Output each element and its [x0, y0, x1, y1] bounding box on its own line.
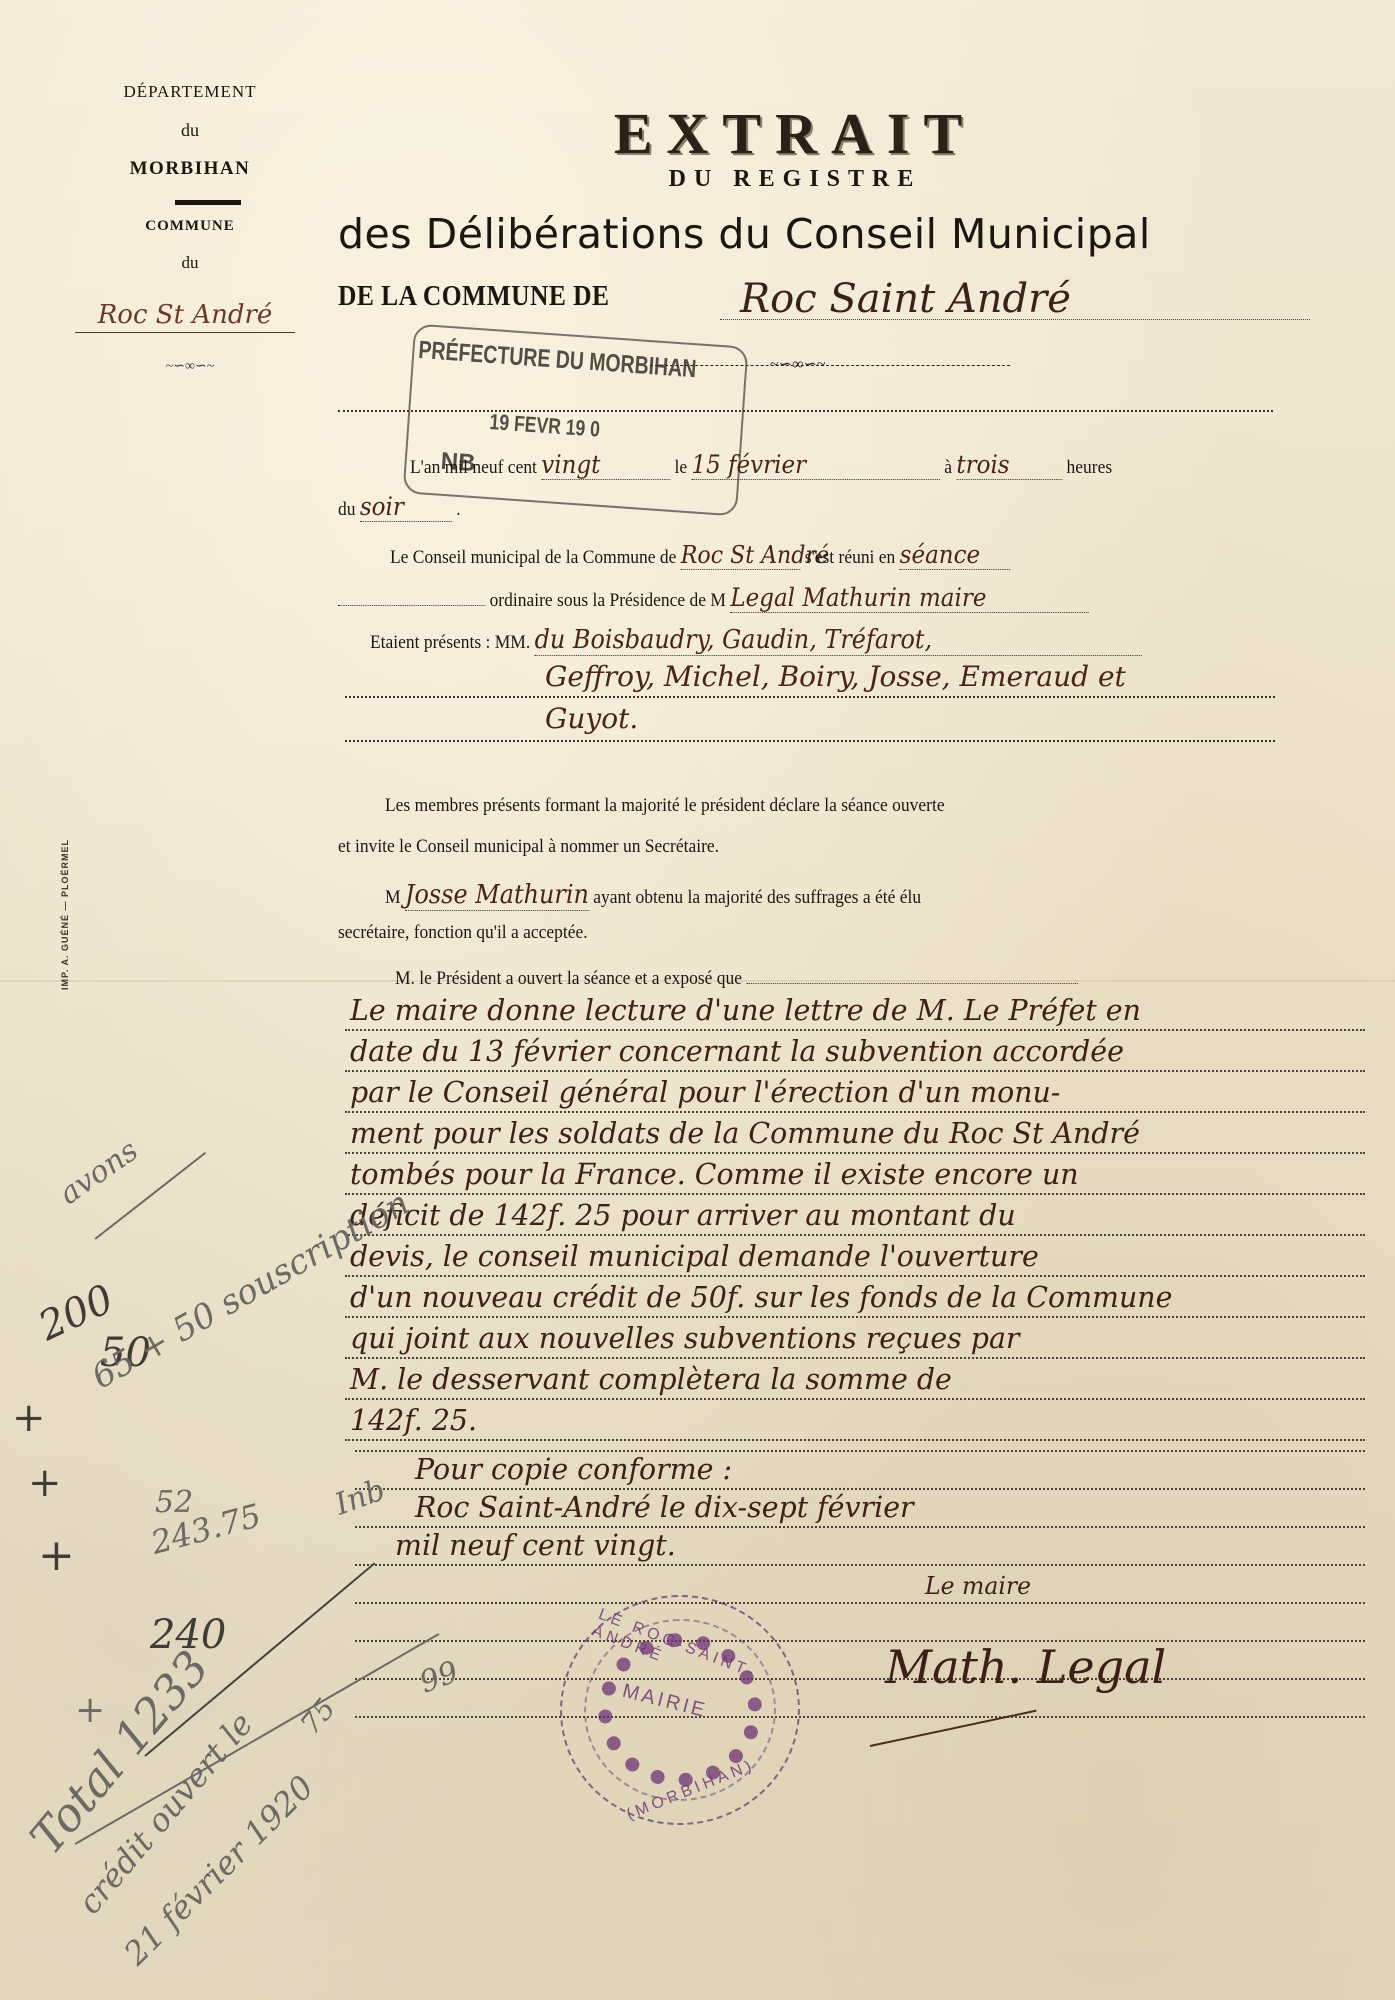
presents-names-3: Guyot. — [545, 702, 638, 735]
deliberation-line: par le Conseil général pour l'érection d… — [345, 1072, 1365, 1113]
commune-line-value: Roc Saint André — [720, 276, 1071, 322]
closing-line — [355, 1604, 1365, 1642]
printer-imprint: IMP. A. GUÉNÉ — PLOËRMEL — [60, 990, 211, 1000]
closing-line: mil neuf cent vingt. — [355, 1528, 1365, 1566]
deliberation-line: ment pour les soldats de la Commune du R… — [345, 1113, 1365, 1154]
year-prefix: L'an mil neuf cent — [410, 457, 537, 478]
secretary-name: Josse Mathurin — [405, 880, 589, 910]
deliberation-line: d'un nouveau crédit de 50f. sur les fond… — [345, 1277, 1365, 1318]
closing-text: Pour copie conforme : Roc Saint-André le… — [355, 1408, 1365, 1718]
presents-names-1: du Boisbaudry, Gaudin, Tréfarot, — [535, 625, 933, 655]
mayor-signature: Math. Legal — [885, 1640, 1166, 1694]
deliberation-line: déficit de 142f. 25 pour arriver au mont… — [345, 1195, 1365, 1236]
period-line: du soir . — [338, 492, 461, 522]
divider — [175, 200, 241, 205]
department-name: MORBIHAN — [90, 158, 290, 180]
secretary-line: M Josse Mathurin ayant obtenu la majorit… — [385, 880, 921, 911]
closing-line — [355, 1408, 1365, 1452]
year-value: vingt — [541, 450, 600, 479]
closing-line: Le maire — [355, 1566, 1365, 1604]
presents-names-2: Geffroy, Michel, Boiry, Josse, Emeraud e… — [545, 660, 1126, 693]
deliberation-line: date du 13 février concernant la subvent… — [345, 1031, 1365, 1072]
commune-du: du — [90, 253, 290, 273]
hour-value: trois — [956, 450, 1009, 479]
presents-label: Etaient présents : MM. — [370, 632, 530, 653]
period-value: soir — [360, 492, 404, 521]
council-line: Le Conseil municipal de la Commune de Ro… — [390, 540, 1010, 570]
printer-text: IMP. A. GUÉNÉ — PLOËRMEL — [60, 839, 70, 990]
opening-line-4: secrétaire, fonction qu'il a acceptée. — [338, 922, 588, 944]
closing-line: Roc Saint-André le dix-sept février — [355, 1490, 1365, 1528]
a-label: à — [944, 457, 952, 478]
flourish-ornament: ~∽∞∽~ — [140, 358, 240, 375]
ornament: ~∽∞∽~ — [770, 354, 826, 374]
date-value: 15 février — [691, 450, 806, 479]
pencil-plus: + — [12, 1395, 46, 1441]
opening-line-1: Les membres présents formant la majorité… — [385, 795, 945, 817]
opening-line-2: et invite le Conseil municipal à nommer … — [338, 836, 719, 858]
pencil-plus: + — [38, 1530, 75, 1581]
prefecture-stamp-date: 19 FEVR 19 0 — [489, 409, 601, 443]
deliberation-line: qui joint aux nouvelles subventions reçu… — [345, 1318, 1365, 1359]
department-label: DÉPARTEMENT — [90, 82, 290, 102]
secretary-text: ayant obtenu la majorité des suffrages a… — [593, 887, 921, 908]
document-subtitle: DU REGISTRE — [480, 166, 1110, 193]
commune-line-field: Roc Saint André — [720, 276, 1310, 320]
du-label: du — [338, 499, 355, 520]
rule — [345, 740, 1275, 742]
council-text: Le Conseil municipal de la Commune de — [390, 547, 676, 568]
closing-line — [355, 1642, 1365, 1680]
le-label: le — [674, 457, 687, 478]
closing-line — [355, 1680, 1365, 1718]
prefecture-stamp: PRÉFECTURE DU MORBIHAN 19 FEVR 19 0 NB — [402, 324, 748, 517]
expose-line: M. le Président a ouvert la séance et a … — [395, 968, 1078, 990]
m-label: M — [385, 887, 401, 908]
deliberation-line: M. le desservant complètera la somme de — [345, 1359, 1365, 1400]
president-name: Legal Mathurin maire — [730, 583, 986, 612]
presidence-line: ordinaire sous la Présidence de M Legal … — [338, 583, 1089, 613]
prefecture-stamp-title: PRÉFECTURE DU MORBIHAN — [417, 336, 697, 384]
document-title: EXTRAIT — [480, 100, 1110, 167]
commune-line-label: DE LA COMMUNE DE — [338, 280, 609, 313]
deliberation-text: Le maire donne lecture d'une lettre de M… — [345, 990, 1365, 1441]
ordinaire-text: ordinaire sous la Présidence de M — [490, 590, 726, 611]
closing-line: Pour copie conforme : — [355, 1452, 1365, 1490]
document-heading: des Délibérations du Conseil Municipal — [338, 210, 1328, 258]
session-type: séance — [900, 540, 980, 569]
deliberation-line: tombés pour la France. Comme il existe e… — [345, 1154, 1365, 1195]
deliberation-line: devis, le conseil municipal demande l'ou… — [345, 1236, 1365, 1277]
expose-text: M. le Président a ouvert la séance et a … — [395, 968, 742, 989]
reuni-text: s'est réuni en — [805, 547, 896, 568]
heures-label: heures — [1067, 457, 1113, 478]
session-date-line: L'an mil neuf cent vingt le 15 février à… — [410, 450, 1112, 480]
presents-line: Etaient présents : MM. du Boisbaudry, Ga… — [370, 625, 1142, 656]
department-du: du — [90, 120, 290, 141]
pencil-plus: + — [28, 1460, 62, 1506]
pencil-plus: + — [75, 1690, 105, 1731]
commune-name-handwritten: Roc St André — [75, 300, 295, 333]
rule — [345, 696, 1275, 698]
commune-label: COMMUNE — [90, 218, 290, 235]
deliberation-line: Le maire donne lecture d'une lettre de M… — [345, 990, 1365, 1031]
